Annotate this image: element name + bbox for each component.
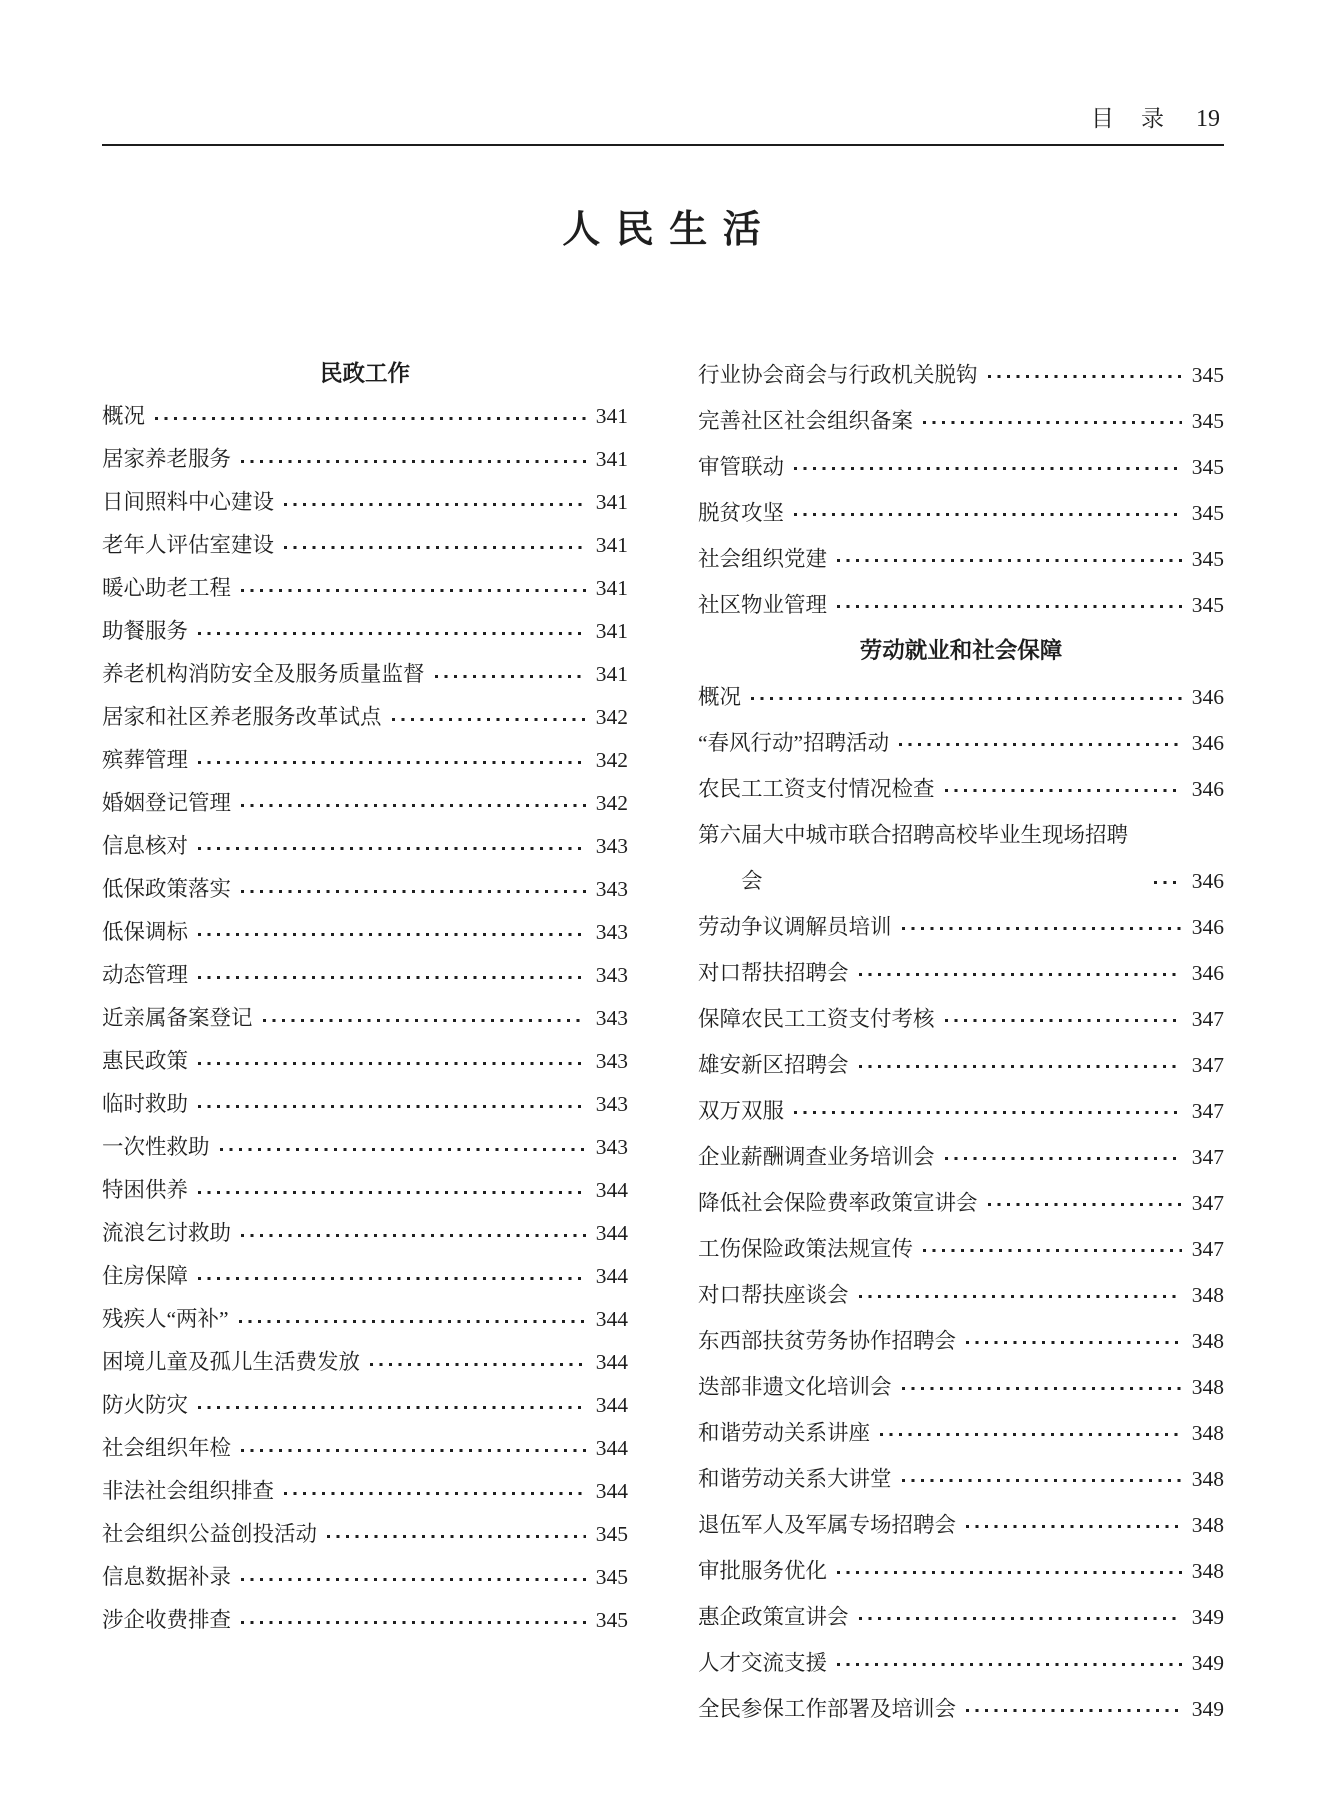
toc-entry-title: 困境儿童及孤儿生活费发放 (102, 1341, 360, 1384)
toc-entry-page: 348 (1192, 1410, 1224, 1456)
dot-leader (435, 675, 586, 678)
toc-entry-page: 344 (596, 1212, 628, 1255)
toc-entry-page: 345 (1192, 582, 1224, 628)
toc-entry: 第六届大中城市联合招聘高校毕业生现场招聘会346 (698, 812, 1224, 904)
toc-entry-page: 341 (596, 567, 628, 610)
dot-leader (284, 1492, 586, 1495)
toc-entry-page: 341 (596, 481, 628, 524)
toc-entry: 流浪乞讨救助344 (102, 1212, 628, 1255)
toc-entry: 养老机构消防安全及服务质量监督341 (102, 653, 628, 696)
dot-leader (241, 1234, 586, 1237)
toc-entry-page: 348 (1192, 1456, 1224, 1502)
dot-leader (945, 789, 1182, 792)
toc-entry-title: 近亲属备案登记 (102, 997, 253, 1040)
toc-entry-page: 343 (596, 911, 628, 954)
toc-entry: 雄安新区招聘会347 (698, 1042, 1224, 1088)
running-head-page-number: 19 (1196, 106, 1220, 133)
dot-leader (370, 1363, 586, 1366)
toc-entry: 信息数据补录345 (102, 1556, 628, 1599)
toc-entry: 审批服务优化348 (698, 1548, 1224, 1594)
toc-entry-page: 349 (1192, 1594, 1224, 1640)
dot-leader (241, 890, 586, 893)
dot-leader (923, 421, 1182, 424)
toc-entry-title: 双万双服 (698, 1088, 784, 1134)
dot-leader (198, 976, 586, 979)
toc-entry-page: 341 (596, 610, 628, 653)
toc-entry-page: 342 (596, 696, 628, 739)
toc-entry: 退伍军人及军属专场招聘会348 (698, 1502, 1224, 1548)
toc-entry-page: 349 (1192, 1686, 1224, 1732)
dot-leader (899, 743, 1182, 746)
toc-entry-page: 346 (1192, 766, 1224, 812)
toc-entry-title: 低保调标 (102, 911, 188, 954)
toc-entry-page: 344 (596, 1298, 628, 1341)
dot-leader (198, 933, 586, 936)
toc-entry: 婚姻登记管理342 (102, 782, 628, 825)
toc-entry: 非法社会组织排查344 (102, 1470, 628, 1513)
toc-entry: 社会组织年检344 (102, 1427, 628, 1470)
toc-column-right: 行业协会商会与行政机关脱钩345完善社区社会组织备案345审管联动345脱贫攻坚… (698, 352, 1224, 1732)
dot-leader (966, 1709, 1182, 1712)
dot-leader (794, 467, 1182, 470)
toc-entry-title: 迭部非遗文化培训会 (698, 1364, 892, 1410)
dot-leader (880, 1433, 1182, 1436)
dot-leader (327, 1535, 586, 1538)
toc-entry-title: 退伍军人及军属专场招聘会 (698, 1502, 956, 1548)
toc-entry-page: 347 (1192, 1180, 1224, 1226)
toc-entry: 完善社区社会组织备案345 (698, 398, 1224, 444)
toc-entry-page: 345 (1192, 490, 1224, 536)
toc-entry-page: 343 (596, 1126, 628, 1169)
dot-leader (902, 927, 1182, 930)
toc-entry-title: 非法社会组织排查 (102, 1470, 274, 1513)
toc-entry-title: 审管联动 (698, 444, 784, 490)
toc-entry-page: 347 (1192, 1226, 1224, 1272)
dot-leader (220, 1148, 586, 1151)
chapter-title: 人 民 生 活 (102, 208, 1224, 252)
toc-entry: 残疾人“两补”344 (102, 1298, 628, 1341)
toc-entry-page: 347 (1192, 1134, 1224, 1180)
dot-leader (241, 1621, 586, 1624)
toc-entry-page: 344 (596, 1341, 628, 1384)
toc-entry-page: 343 (596, 954, 628, 997)
dot-leader (284, 546, 586, 549)
toc-entry-page: 344 (596, 1470, 628, 1513)
toc-entry: 概况346 (698, 674, 1224, 720)
toc-entry-title: 低保政策落实 (102, 868, 231, 911)
toc-entry: 日间照料中心建设341 (102, 481, 628, 524)
toc-entry-title: 婚姻登记管理 (102, 782, 231, 825)
toc-entry-title: 涉企收费排查 (102, 1599, 231, 1642)
dot-leader (198, 632, 586, 635)
toc-entry-title: 信息核对 (102, 825, 188, 868)
toc-entry: 对口帮扶招聘会346 (698, 950, 1224, 996)
toc-entry-title: 全民参保工作部署及培训会 (698, 1686, 956, 1732)
dot-leader (859, 1617, 1182, 1620)
toc-entry: 降低社会保险费率政策宣讲会347 (698, 1180, 1224, 1226)
toc-entry-page: 341 (596, 438, 628, 481)
dot-leader (988, 1203, 1182, 1206)
toc-entry: 暖心助老工程341 (102, 567, 628, 610)
section-header: 民政工作 (102, 352, 628, 395)
toc-entry-title: 工伤保险政策法规宣传 (698, 1226, 913, 1272)
toc-entry-title: 和谐劳动关系讲座 (698, 1410, 870, 1456)
toc-entry-title: 流浪乞讨救助 (102, 1212, 231, 1255)
toc-entry: 临时救助343 (102, 1083, 628, 1126)
toc-entry: 社区物业管理345 (698, 582, 1224, 628)
toc-entry-page: 342 (596, 782, 628, 825)
toc-entry-title: 养老机构消防安全及服务质量监督 (102, 653, 425, 696)
toc-entry: 和谐劳动关系大讲堂348 (698, 1456, 1224, 1502)
toc-entry-page: 345 (1192, 444, 1224, 490)
toc-entry: 居家养老服务341 (102, 438, 628, 481)
dot-leader (241, 1578, 586, 1581)
toc-entry: 惠民政策343 (102, 1040, 628, 1083)
toc-entry-title: 居家养老服务 (102, 438, 231, 481)
toc-entry-page: 347 (1192, 1042, 1224, 1088)
toc-entry: 人才交流支援349 (698, 1640, 1224, 1686)
toc-entry-page: 347 (1192, 996, 1224, 1042)
toc-entry-title: 临时救助 (102, 1083, 188, 1126)
toc-entry-title: 第六届大中城市联合招聘高校毕业生现场招聘会 (698, 812, 1144, 904)
toc-entry-page: 347 (1192, 1088, 1224, 1134)
dot-leader (794, 513, 1182, 516)
dot-leader (859, 1065, 1182, 1068)
toc-entry: 审管联动345 (698, 444, 1224, 490)
toc-entry-page: 342 (596, 739, 628, 782)
toc-entry-page: 349 (1192, 1640, 1224, 1686)
toc-entry-page: 345 (1192, 352, 1224, 398)
toc-entry: 居家和社区养老服务改革试点342 (102, 696, 628, 739)
dot-leader (837, 1663, 1182, 1666)
toc-entry-page: 343 (596, 868, 628, 911)
toc-entry-page: 348 (1192, 1502, 1224, 1548)
toc-entry: 脱贫攻坚345 (698, 490, 1224, 536)
dot-leader (198, 761, 586, 764)
toc-entry-title: 防火防灾 (102, 1384, 188, 1427)
toc-entry-title: 降低社会保险费率政策宣讲会 (698, 1180, 978, 1226)
toc-entry-title: 雄安新区招聘会 (698, 1042, 849, 1088)
toc-entry-page: 346 (1192, 950, 1224, 996)
dot-leader (263, 1019, 586, 1022)
toc-entry-page: 343 (596, 997, 628, 1040)
toc-entry: 行业协会商会与行政机关脱钩345 (698, 352, 1224, 398)
toc-entry: 双万双服347 (698, 1088, 1224, 1134)
toc-entry-title: 社会组织党建 (698, 536, 827, 582)
toc-entry: 全民参保工作部署及培训会349 (698, 1686, 1224, 1732)
toc-entry: 概况341 (102, 395, 628, 438)
toc-entry-page: 345 (1192, 398, 1224, 444)
toc-entry-title: 残疾人“两补” (102, 1298, 229, 1341)
dot-leader (239, 1320, 586, 1323)
dot-leader (198, 1277, 586, 1280)
toc-entry-page: 348 (1192, 1364, 1224, 1410)
dot-leader (241, 589, 586, 592)
toc-entry-page: 345 (596, 1556, 628, 1599)
dot-leader (923, 1249, 1182, 1252)
toc-entry-title: 社会组织公益创投活动 (102, 1513, 317, 1556)
toc-entry: 一次性救助343 (102, 1126, 628, 1169)
toc-entry-page: 344 (596, 1169, 628, 1212)
dot-leader (751, 697, 1182, 700)
running-head-title: 目 录 (1091, 100, 1166, 133)
dot-leader (241, 1449, 586, 1452)
toc-entry-page: 345 (596, 1599, 628, 1642)
running-head: 目 录 19 (102, 0, 1224, 146)
toc-entry: 社会组织党建345 (698, 536, 1224, 582)
toc-entry: 企业薪酬调查业务培训会347 (698, 1134, 1224, 1180)
section-header: 劳动就业和社会保障 (698, 628, 1224, 674)
dot-leader (284, 503, 586, 506)
toc-entry: 涉企收费排查345 (102, 1599, 628, 1642)
toc-entry-title: “春风行动”招聘活动 (698, 720, 889, 766)
dot-leader (966, 1341, 1182, 1344)
toc-entry-title: 老年人评估室建设 (102, 524, 274, 567)
toc-entry-page: 344 (596, 1427, 628, 1470)
dot-leader (794, 1111, 1182, 1114)
toc-entry-title: 劳动争议调解员培训 (698, 904, 892, 950)
toc-entry: 近亲属备案登记343 (102, 997, 628, 1040)
toc-entry-title: 和谐劳动关系大讲堂 (698, 1456, 892, 1502)
toc-entry-title: 完善社区社会组织备案 (698, 398, 913, 444)
toc-entry: 动态管理343 (102, 954, 628, 997)
dot-leader (198, 1062, 586, 1065)
toc-entry: 劳动争议调解员培训346 (698, 904, 1224, 950)
toc-entry: “春风行动”招聘活动346 (698, 720, 1224, 766)
toc-entry: 和谐劳动关系讲座348 (698, 1410, 1224, 1456)
toc-entry-title: 审批服务优化 (698, 1548, 827, 1594)
toc-entry-page: 346 (1192, 674, 1224, 720)
toc-entry: 低保调标343 (102, 911, 628, 954)
toc-entry-title: 农民工工资支付情况检查 (698, 766, 935, 812)
toc-entry-title: 企业薪酬调查业务培训会 (698, 1134, 935, 1180)
toc-entry-title: 概况 (698, 674, 741, 720)
toc-entry-title: 东西部扶贫劳务协作招聘会 (698, 1318, 956, 1364)
toc-entry-page: 345 (596, 1513, 628, 1556)
toc-entry-title: 概况 (102, 395, 145, 438)
toc-entry: 东西部扶贫劳务协作招聘会348 (698, 1318, 1224, 1364)
dot-leader (859, 1295, 1182, 1298)
toc-entry-title: 日间照料中心建设 (102, 481, 274, 524)
dot-leader (198, 847, 586, 850)
dot-leader (1154, 881, 1182, 884)
toc-entry-title: 社会组织年检 (102, 1427, 231, 1470)
toc-entry-title: 人才交流支援 (698, 1640, 827, 1686)
dot-leader (837, 559, 1182, 562)
dot-leader (859, 973, 1182, 976)
dot-leader (392, 718, 586, 721)
toc-entry-page: 348 (1192, 1548, 1224, 1594)
toc-entry-page: 346 (1192, 720, 1224, 766)
toc-entry-title: 保障农民工工资支付考核 (698, 996, 935, 1042)
toc-entry: 防火防灾344 (102, 1384, 628, 1427)
toc-entry-title: 信息数据补录 (102, 1556, 231, 1599)
toc-entry: 惠企政策宣讲会349 (698, 1594, 1224, 1640)
dot-leader (241, 804, 586, 807)
toc-entry-title: 一次性救助 (102, 1126, 210, 1169)
toc-entry-title: 居家和社区养老服务改革试点 (102, 696, 382, 739)
dot-leader (198, 1406, 586, 1409)
toc-entry-title: 脱贫攻坚 (698, 490, 784, 536)
toc-entry: 保障农民工工资支付考核347 (698, 996, 1224, 1042)
dot-leader (945, 1019, 1182, 1022)
toc-entry-title: 社区物业管理 (698, 582, 827, 628)
dot-leader (837, 1571, 1182, 1574)
toc-entry-page: 344 (596, 1384, 628, 1427)
toc-columns: 民政工作概况341居家养老服务341日间照料中心建设341老年人评估室建设341… (102, 352, 1224, 1732)
dot-leader (837, 605, 1182, 608)
toc-entry-page: 343 (596, 825, 628, 868)
toc-entry-page: 343 (596, 1040, 628, 1083)
toc-entry: 住房保障344 (102, 1255, 628, 1298)
toc-page: 目 录 19 人 民 生 活 民政工作概况341居家养老服务341日间照料中心建… (102, 0, 1224, 1732)
toc-entry: 工伤保险政策法规宣传347 (698, 1226, 1224, 1272)
dot-leader (902, 1479, 1182, 1482)
dot-leader (988, 375, 1182, 378)
toc-entry-page: 346 (1192, 858, 1224, 904)
toc-entry-page: 341 (596, 395, 628, 438)
toc-entry: 困境儿童及孤儿生活费发放344 (102, 1341, 628, 1384)
toc-entry-page: 348 (1192, 1272, 1224, 1318)
toc-entry-title: 对口帮扶座谈会 (698, 1272, 849, 1318)
dot-leader (198, 1191, 586, 1194)
toc-entry: 对口帮扶座谈会348 (698, 1272, 1224, 1318)
toc-entry-title: 动态管理 (102, 954, 188, 997)
dot-leader (966, 1525, 1182, 1528)
toc-entry: 低保政策落实343 (102, 868, 628, 911)
toc-entry: 迭部非遗文化培训会348 (698, 1364, 1224, 1410)
toc-entry-title: 惠民政策 (102, 1040, 188, 1083)
toc-entry-page: 346 (1192, 904, 1224, 950)
toc-entry: 信息核对343 (102, 825, 628, 868)
dot-leader (902, 1387, 1182, 1390)
toc-entry-page: 344 (596, 1255, 628, 1298)
toc-entry-title: 暖心助老工程 (102, 567, 231, 610)
dot-leader (155, 417, 586, 420)
toc-entry: 殡葬管理342 (102, 739, 628, 782)
toc-entry: 助餐服务341 (102, 610, 628, 653)
toc-entry-title: 助餐服务 (102, 610, 188, 653)
toc-entry: 社会组织公益创投活动345 (102, 1513, 628, 1556)
toc-entry: 老年人评估室建设341 (102, 524, 628, 567)
toc-entry-title: 行业协会商会与行政机关脱钩 (698, 352, 978, 398)
toc-entry-title: 住房保障 (102, 1255, 188, 1298)
toc-entry-title: 殡葬管理 (102, 739, 188, 782)
toc-entry-title: 对口帮扶招聘会 (698, 950, 849, 996)
dot-leader (241, 460, 586, 463)
dot-leader (945, 1157, 1182, 1160)
toc-entry-title: 惠企政策宣讲会 (698, 1594, 849, 1640)
toc-column-left: 民政工作概况341居家养老服务341日间照料中心建设341老年人评估室建设341… (102, 352, 628, 1732)
toc-entry: 农民工工资支付情况检查346 (698, 766, 1224, 812)
toc-entry-page: 341 (596, 653, 628, 696)
toc-entry: 特困供养344 (102, 1169, 628, 1212)
toc-entry-page: 343 (596, 1083, 628, 1126)
toc-entry-page: 348 (1192, 1318, 1224, 1364)
dot-leader (198, 1105, 586, 1108)
toc-entry-title: 特困供养 (102, 1169, 188, 1212)
toc-entry-page: 341 (596, 524, 628, 567)
toc-entry-page: 345 (1192, 536, 1224, 582)
